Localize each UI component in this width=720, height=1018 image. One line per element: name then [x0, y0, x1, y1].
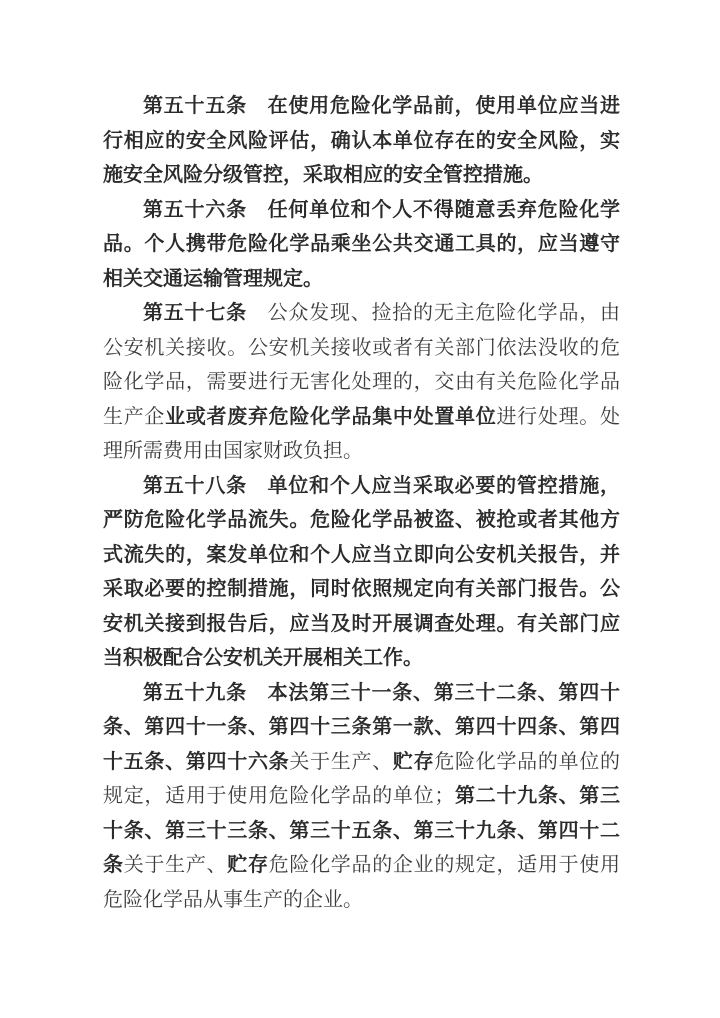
- article-59-emphasis1: 贮存: [393, 751, 434, 773]
- article-59-emphasis2: 贮存: [227, 854, 268, 876]
- article-55-text: 第五十五条 在使用危险化学品前，使用单位应当进行相应的安全风险评估，确认本单位存…: [103, 95, 620, 186]
- article-56-paragraph: 第五十六条 任何单位和个人不得随意丢弃危险化学品。个人携带危险化学品乘坐公共交通…: [103, 193, 620, 297]
- article-57-heading: 第五十七条: [143, 302, 268, 324]
- law-text-body: 第五十五条 在使用危险化学品前，使用单位应当进行相应的安全风险评估，确认本单位存…: [103, 89, 620, 917]
- document-page: 第五十五条 在使用危险化学品前，使用单位应当进行相应的安全风险评估，确认本单位存…: [0, 0, 720, 1018]
- article-59-text-part1: 关于生产、: [289, 751, 393, 773]
- article-55-paragraph: 第五十五条 在使用危险化学品前，使用单位应当进行相应的安全风险评估，确认本单位存…: [103, 89, 620, 193]
- article-58-text: 第五十八条 单位和个人应当采取必要的管控措施，严防危险化学品流失。危险化学品被盗…: [103, 475, 620, 670]
- article-58-paragraph: 第五十八条 单位和个人应当采取必要的管控措施，严防危险化学品流失。危险化学品被盗…: [103, 469, 620, 676]
- article-57-emphasis: 业或者废弃危险化学品集中处置单位: [165, 406, 496, 428]
- article-59-text-part3: 关于生产、: [124, 854, 228, 876]
- article-56-text: 第五十六条 任何单位和个人不得随意丢弃危险化学品。个人携带危险化学品乘坐公共交通…: [103, 199, 620, 290]
- article-57-paragraph: 第五十七条 公众发现、捡拾的无主危险化学品，由公安机关接收。公安机关接收或者有关…: [103, 296, 620, 469]
- article-59-paragraph: 第五十九条 本法第三十一条、第三十二条、第四十条、第四十一条、第四十三条第一款、…: [103, 676, 620, 918]
